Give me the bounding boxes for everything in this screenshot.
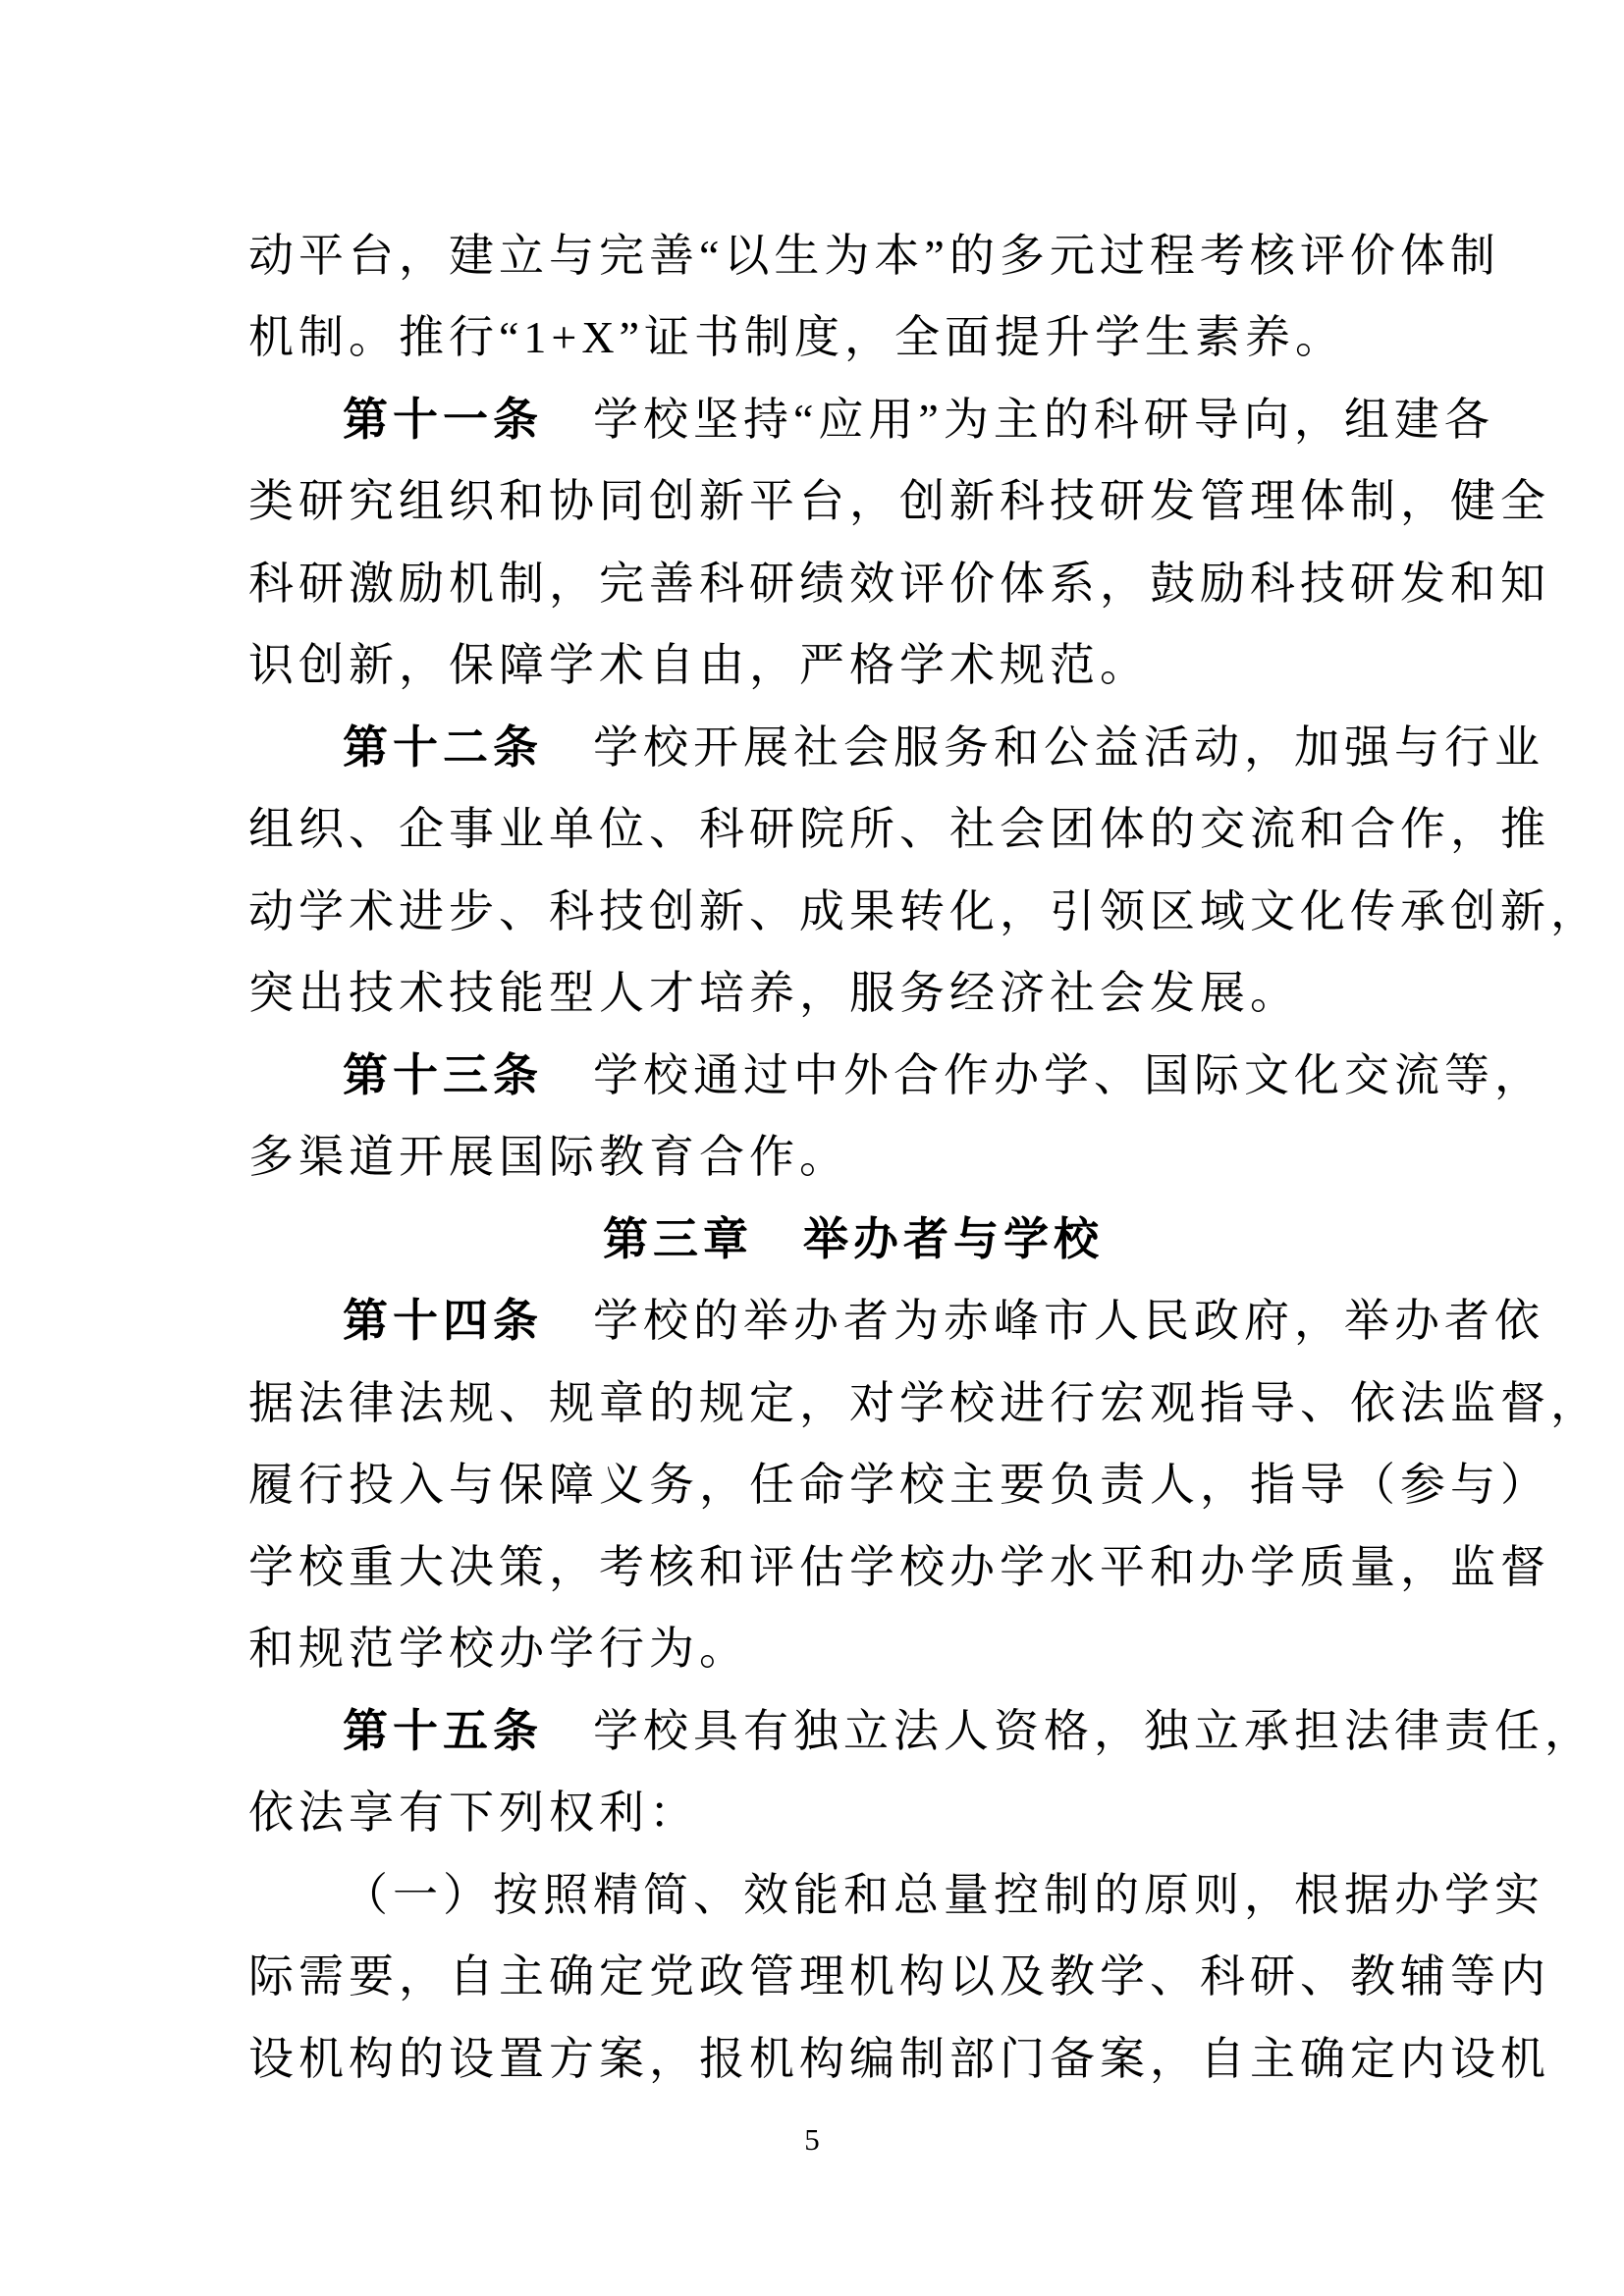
document-page: 动平台，建立与完善“以生为本”的多元过程考核评价体制机制。推行“1+X”证书制度… bbox=[0, 0, 1624, 2296]
text-line: 第十五条 学校具有独立法人资格，独立承担法律责任， bbox=[248, 1686, 1458, 1769]
text-line: 类研究组织和协同创新平台，创新科技研发管理体制，健全 bbox=[248, 457, 1458, 540]
page-number: 5 bbox=[804, 2122, 820, 2157]
text-line: 和规范学校办学行为。 bbox=[248, 1605, 1458, 1687]
line-text: 机制。推行“1+X”证书制度，全面提升学生素养。 bbox=[248, 301, 1345, 366]
article-number: 第十四条 bbox=[343, 1285, 543, 1350]
line-text: 学校具有独立法人资格，独立承担法律责任， bbox=[543, 1695, 1595, 1760]
text-line: 学校重大决策，考核和评估学校办学水平和办学质量，监督 bbox=[248, 1522, 1458, 1605]
article-number: 第十五条 bbox=[343, 1695, 543, 1760]
line-text: 组织、企事业单位、科研院所、社会团体的交流和合作，推 bbox=[248, 793, 1550, 858]
line-text: 识创新，保障学术自由，严格学术规范。 bbox=[248, 629, 1150, 694]
line-text: 学校重大决策，考核和评估学校办学水平和办学质量，监督 bbox=[248, 1531, 1550, 1596]
document-body: 动平台，建立与完善“以生为本”的多元过程考核评价体制机制。推行“1+X”证书制度… bbox=[248, 211, 1458, 2097]
line-text: 动学术进步、科技创新、成果转化，引领区域文化传承创新， bbox=[248, 876, 1600, 940]
line-text: 依法享有下列权利： bbox=[248, 1777, 699, 1842]
line-text: 际需要，自主确定党政管理机构以及教学、科研、教辅等内 bbox=[248, 1941, 1550, 2005]
line-text: 举办者与学校 bbox=[753, 1203, 1104, 1268]
text-line: 多渠道开展国际教育合作。 bbox=[248, 1113, 1458, 1196]
text-line: 动平台，建立与完善“以生为本”的多元过程考核评价体制 bbox=[248, 211, 1458, 294]
text-line: 突出技术技能型人才培养，服务经济社会发展。 bbox=[248, 949, 1458, 1032]
line-text: 类研究组织和协同创新平台，创新科技研发管理体制，健全 bbox=[248, 465, 1550, 530]
line-text: 多渠道开展国际教育合作。 bbox=[248, 1121, 849, 1186]
text-line: 识创新，保障学术自由，严格学术规范。 bbox=[248, 621, 1458, 704]
line-text: 和规范学校办学行为。 bbox=[248, 1613, 749, 1678]
article-number: 第十二条 bbox=[343, 712, 543, 776]
text-line: 依法享有下列权利： bbox=[248, 1769, 1458, 1851]
line-text: 据法律法规、规章的规定，对学校进行宏观指导、依法监督， bbox=[248, 1367, 1600, 1432]
line-text: 学校通过中外合作办学、国际文化交流等， bbox=[543, 1040, 1544, 1104]
chapter-number: 第三章 bbox=[603, 1203, 753, 1268]
line-text: 学校的举办者为赤峰市人民政府，举办者依 bbox=[543, 1285, 1544, 1350]
line-text: 学校坚持“应用”为主的科研导向，组建各 bbox=[543, 384, 1494, 449]
line-text: 科研激励机制，完善科研绩效评价体系，鼓励科技研发和知 bbox=[248, 548, 1550, 613]
text-line: 履行投入与保障义务，任命学校主要负责人，指导（参与） bbox=[248, 1441, 1458, 1523]
text-line: 第十一条 学校坚持“应用”为主的科研导向，组建各 bbox=[248, 375, 1458, 457]
text-line: 设机构的设置方案，报机构编制部门备案，自主确定内设机 bbox=[248, 2014, 1458, 2097]
text-line: 科研激励机制，完善科研绩效评价体系，鼓励科技研发和知 bbox=[248, 539, 1458, 621]
article-number: 第十一条 bbox=[343, 384, 543, 449]
line-text: 突出技术技能型人才培养，服务经济社会发展。 bbox=[248, 957, 1300, 1022]
text-line: 际需要，自主确定党政管理机构以及教学、科研、教辅等内 bbox=[248, 1933, 1458, 2015]
line-text: 学校开展社会服务和公益活动，加强与行业 bbox=[543, 712, 1544, 776]
text-line: 动学术进步、科技创新、成果转化，引领区域文化传承创新， bbox=[248, 867, 1458, 949]
text-line: 第十三条 学校通过中外合作办学、国际文化交流等， bbox=[248, 1031, 1458, 1113]
text-line: 组织、企事业单位、科研院所、社会团体的交流和合作，推 bbox=[248, 785, 1458, 868]
text-line: 第十四条 学校的举办者为赤峰市人民政府，举办者依 bbox=[248, 1277, 1458, 1360]
line-text: 履行投入与保障义务，任命学校主要负责人，指导（参与） bbox=[248, 1449, 1550, 1514]
chapter-heading: 第三章 举办者与学校 bbox=[248, 1195, 1458, 1277]
line-text: 动平台，建立与完善“以生为本”的多元过程考核评价体制 bbox=[248, 220, 1500, 285]
text-line: 第十二条 学校开展社会服务和公益活动，加强与行业 bbox=[248, 703, 1458, 785]
text-line: 机制。推行“1+X”证书制度，全面提升学生素养。 bbox=[248, 294, 1458, 376]
article-number: 第十三条 bbox=[343, 1040, 543, 1104]
text-line: 据法律法规、规章的规定，对学校进行宏观指导、依法监督， bbox=[248, 1359, 1458, 1441]
text-line: （一）按照精简、效能和总量控制的原则，根据办学实 bbox=[248, 1850, 1458, 1933]
line-text: 设机构的设置方案，报机构编制部门备案，自主确定内设机 bbox=[248, 2023, 1550, 2088]
line-text: （一）按照精简、效能和总量控制的原则，根据办学实 bbox=[343, 1859, 1544, 1924]
page-footer: 5 bbox=[0, 2122, 1624, 2158]
